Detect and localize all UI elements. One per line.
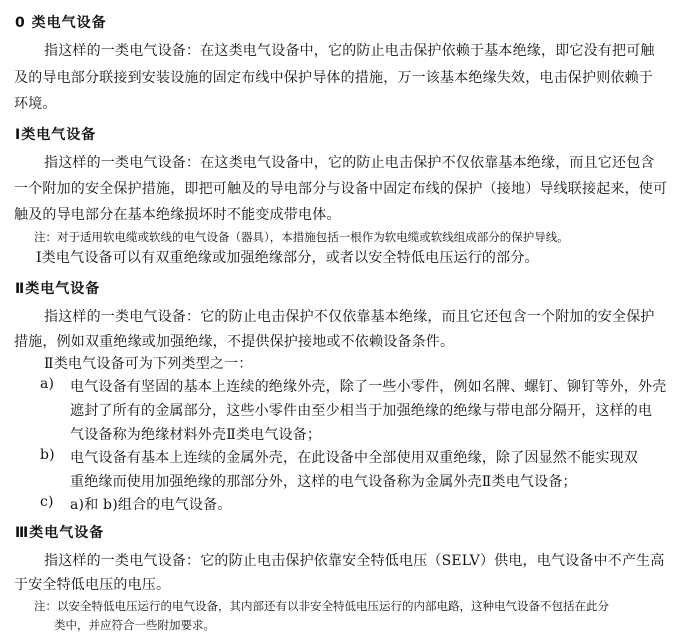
list-item-line: 电气设备有基本上连续的金属外壳，在此设备中全部使用双重绝缘，除了因显然不能实现双 — [70, 447, 638, 467]
paragraph-line: 指这样的一类电气设备：在这类电气设备中，它的防止电击保护不仅依靠基本绝缘，而且它… — [44, 152, 655, 172]
paragraph-line: Ⅱ类电气设备可为下列类型之一： — [44, 353, 253, 373]
paragraph-line: 指这样的一类电气设备：它的防止电击保护不仅依靠基本绝缘，而且它还包含一个附加的安… — [44, 306, 655, 326]
paragraph-line: 触及的导电部分在基本绝缘损坏时不能变成带电体。 — [14, 204, 341, 224]
paragraph-line: 指这样的一类电气设备：它的防止电击保护依靠安全特低电压（SELV）供电，电气设备… — [44, 550, 665, 570]
paragraph-line: 指这样的一类电气设备：在这类电气设备中，它的防止电击保护依赖于基本绝缘，即它没有… — [44, 40, 655, 60]
note-text: 注：以安全特低电压运行的电气设备，其内部还有以非安全特低电压运行的内部电路，这种… — [34, 598, 609, 614]
section-heading-class-1: Ⅰ类电气设备 — [15, 124, 96, 144]
list-item-line: a)和 b)组合的电气设备。 — [70, 494, 231, 514]
list-marker: c) — [40, 494, 54, 510]
paragraph-line: 环境。 — [14, 93, 57, 113]
list-item-line: 遮封了所有的金属部分，这些小零件由至少相当于加强绝缘的绝缘与带电部分隔开，这样的… — [70, 400, 652, 420]
section-heading-class-2: Ⅱ类电气设备 — [15, 278, 100, 298]
list-marker: b) — [40, 447, 55, 463]
list-item-line: 电气设备有坚固的基本上连续的绝缘外壳，除了一些小零件，例如名牌、螺钉、铆钉等外，… — [70, 376, 666, 396]
paragraph-line: Ⅰ类电气设备可以有双重绝缘或加强绝缘部分，或者以安全特低电压运行的部分。 — [36, 247, 539, 267]
note-text: 类中，并应符合一些附加要求。 — [54, 617, 215, 633]
document-page: 0 类电气设备 指这样的一类电气设备：在这类电气设备中，它的防止电击保护依赖于基… — [0, 0, 673, 640]
paragraph-line: 于安全特低电压的电压。 — [14, 574, 170, 594]
paragraph-line: 及的导电部分联接到安装设施的固定布线中保护导体的措施，万一该基本绝缘失效，电击保… — [14, 67, 653, 87]
list-item-line: 气设备称为绝缘材料外壳Ⅱ类电气设备； — [70, 424, 321, 444]
section-heading-class-0: 0 类电气设备 — [15, 12, 107, 32]
section-heading-class-3: Ⅲ类电气设备 — [15, 522, 104, 542]
list-marker: a) — [40, 376, 54, 392]
list-item-line: 重绝缘而使用加强绝缘的那部分外，这样的电气设备称为金属外壳Ⅱ类电气设备； — [70, 471, 577, 491]
note-text: 注：对于适用软电缆或软线的电气设备（器具），本措施包括一根作为软电缆或软线组成部… — [34, 229, 569, 245]
paragraph-line: 一个附加的安全保护措施，即把可触及的导电部分与设备中固定布线的保护（接地）导线联… — [14, 178, 667, 198]
paragraph-line: 措施，例如双重绝缘或加强绝缘，不提供保护接地或不依赖设备条件。 — [14, 331, 454, 351]
